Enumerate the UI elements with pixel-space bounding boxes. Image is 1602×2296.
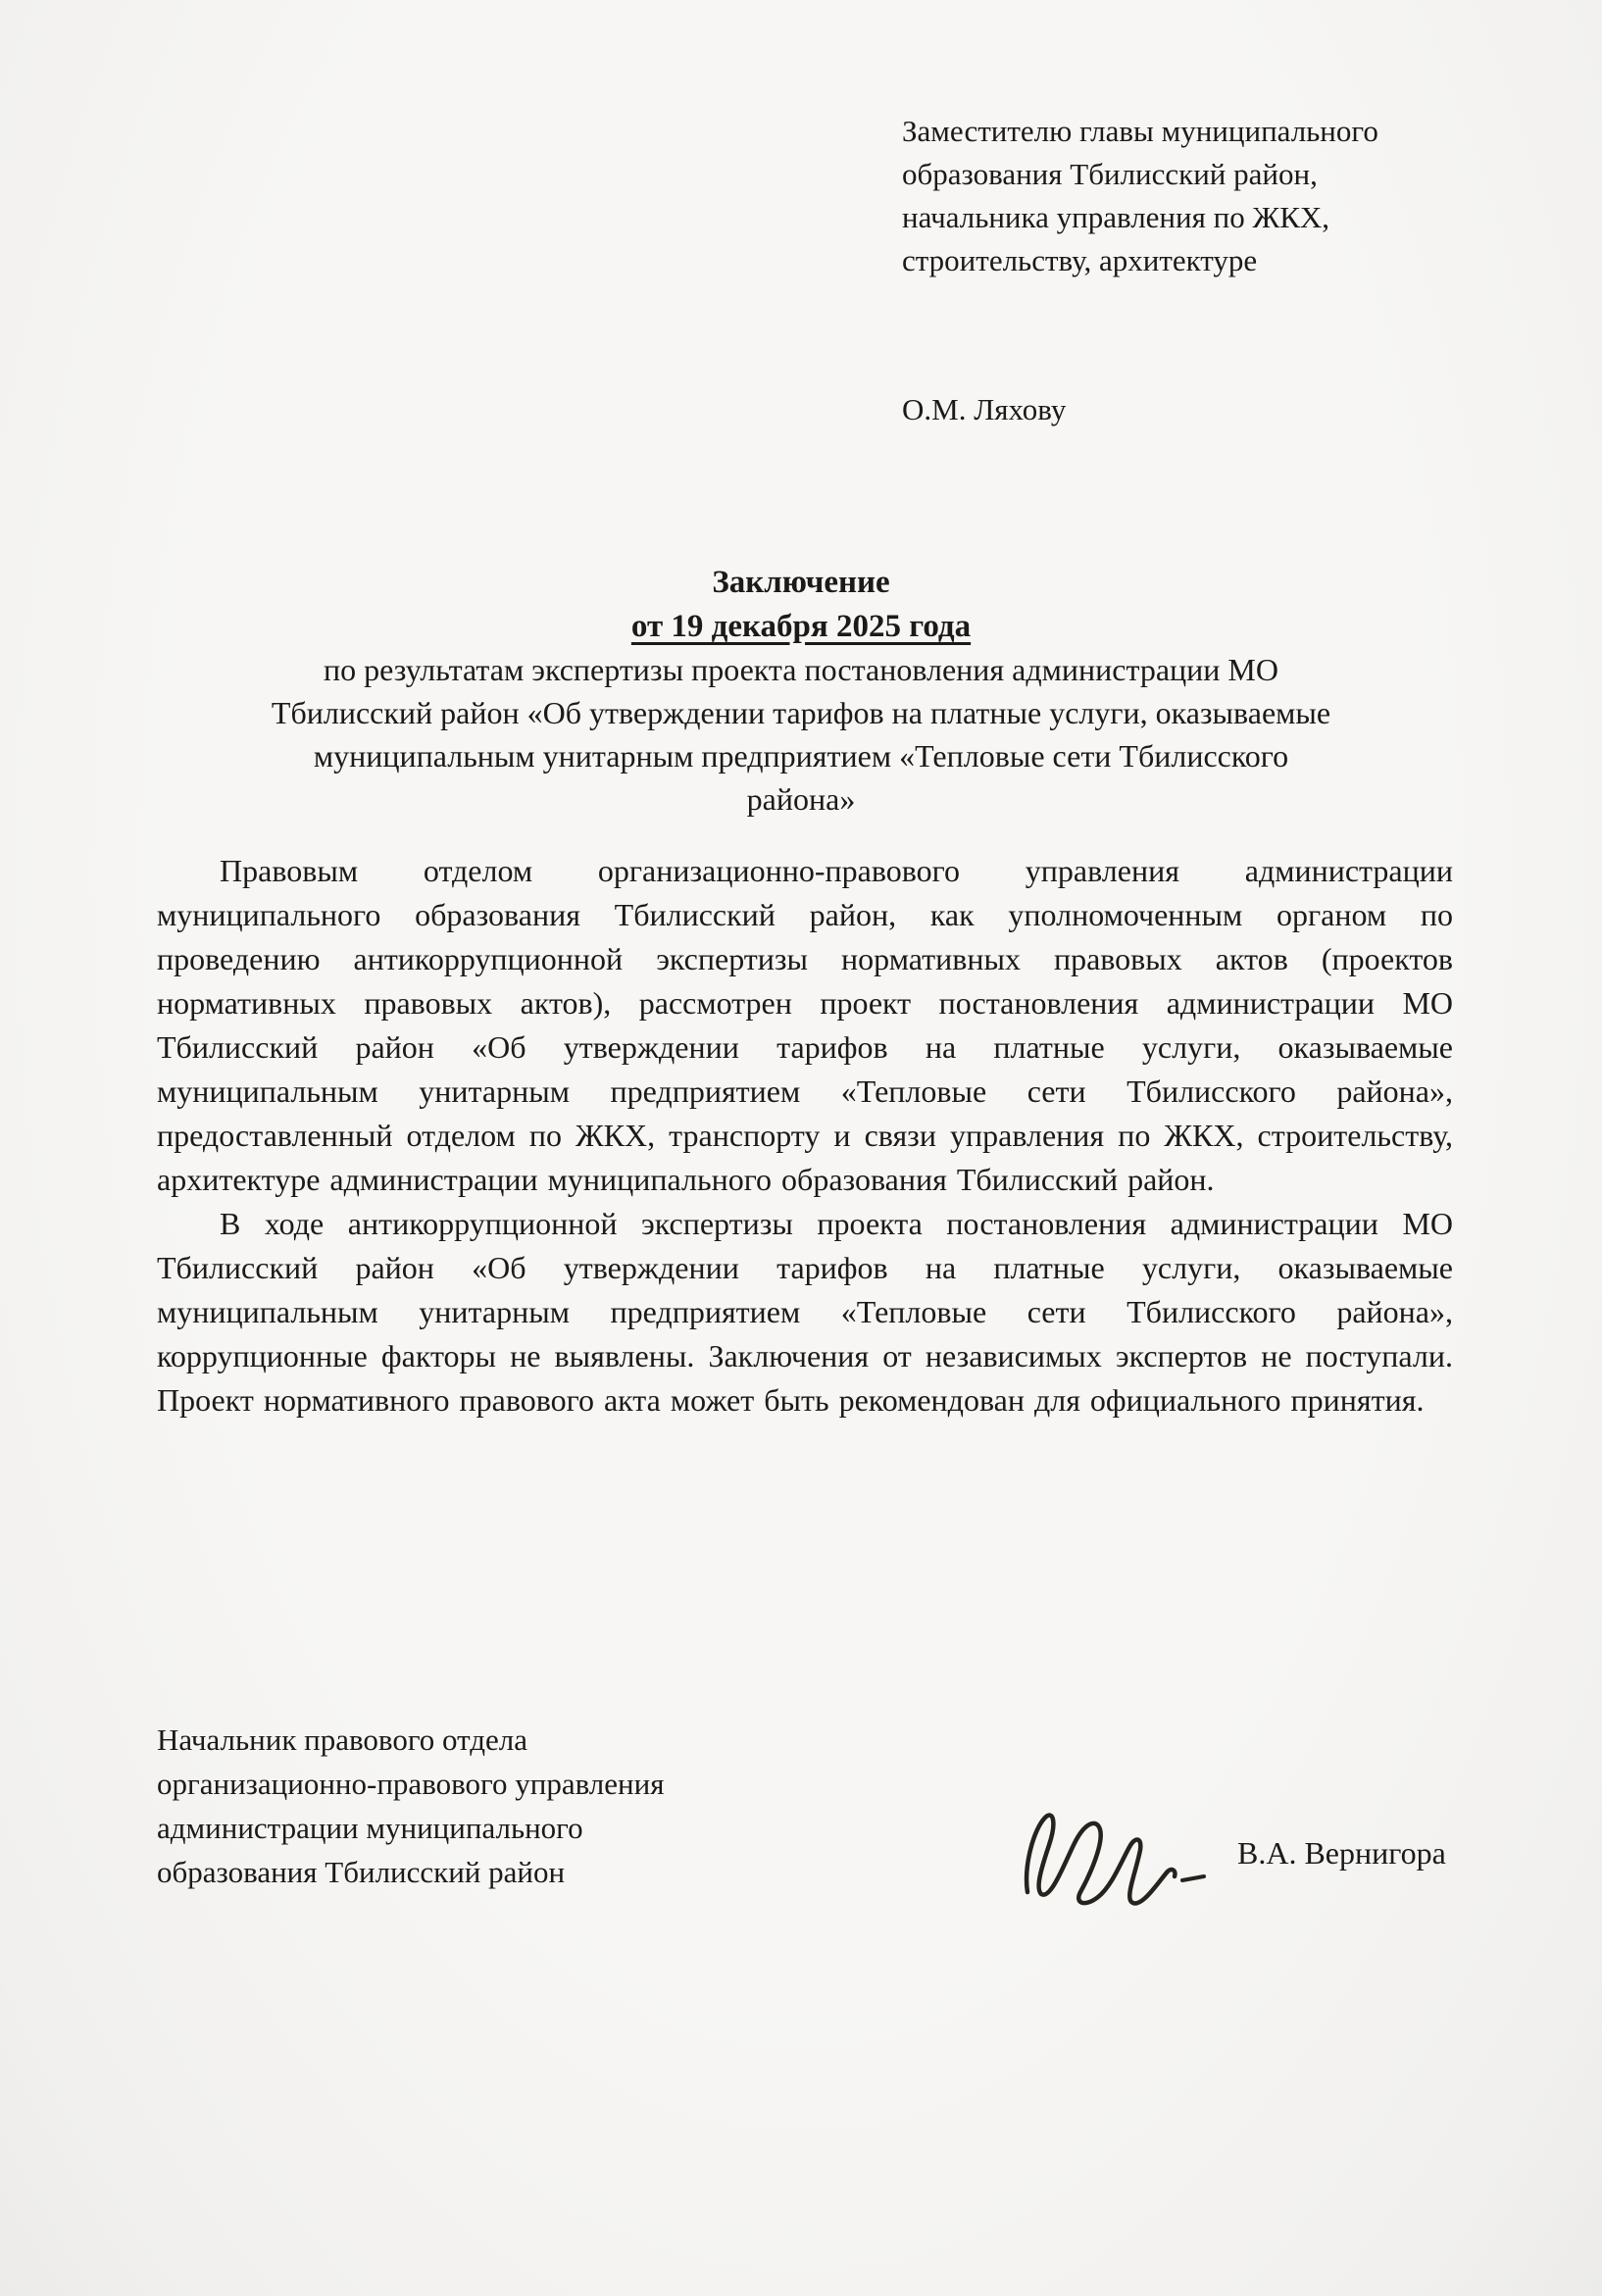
- signatory-position-line: Начальник правового отдела: [157, 1718, 863, 1762]
- handwritten-signature-icon: [1000, 1802, 1226, 1915]
- recipient-block: Заместителю главы муниципального образов…: [902, 110, 1431, 282]
- document-title: Заключение: [147, 561, 1455, 604]
- body-paragraph-2: В ходе антикоррупционной экспертизы прое…: [157, 1202, 1453, 1423]
- title-subtitle-line: муниципальным унитарным предприятием «Те…: [147, 734, 1455, 777]
- signatory-position-block: Начальник правового отдела организационн…: [157, 1718, 863, 1894]
- signatory-position-line: организационно-правового управления: [157, 1762, 863, 1806]
- document-date: от 19 декабря 2025 года: [631, 609, 971, 644]
- title-subtitle-line: района»: [147, 777, 1455, 821]
- recipient-line: Заместителю главы муниципального: [902, 110, 1431, 153]
- signatory-position-line: образования Тбилисский район: [157, 1850, 863, 1894]
- title-subtitle-line: Тбилисский район «Об утверждении тарифов…: [147, 691, 1455, 734]
- body-text: Правовым отделом организационно-правовог…: [157, 849, 1453, 1423]
- recipient-line: образования Тбилисский район,: [902, 153, 1431, 196]
- recipient-line: начальника управления по ЖКХ,: [902, 196, 1431, 239]
- document-page: Заместителю главы муниципального образов…: [0, 0, 1602, 2296]
- recipient-name: О.М. Ляхову: [902, 388, 1066, 431]
- signer-name: В.А. Вернигора: [1237, 1831, 1446, 1874]
- title-subtitle-line: по результатам экспертизы проекта постан…: [147, 648, 1455, 691]
- signatory-position-line: администрации муниципального: [157, 1806, 863, 1850]
- title-block: Заключение от 19 декабря 2025 года по ре…: [147, 561, 1455, 821]
- recipient-line: строительству, архитектуре: [902, 239, 1431, 282]
- body-paragraph-1: Правовым отделом организационно-правовог…: [157, 849, 1453, 1202]
